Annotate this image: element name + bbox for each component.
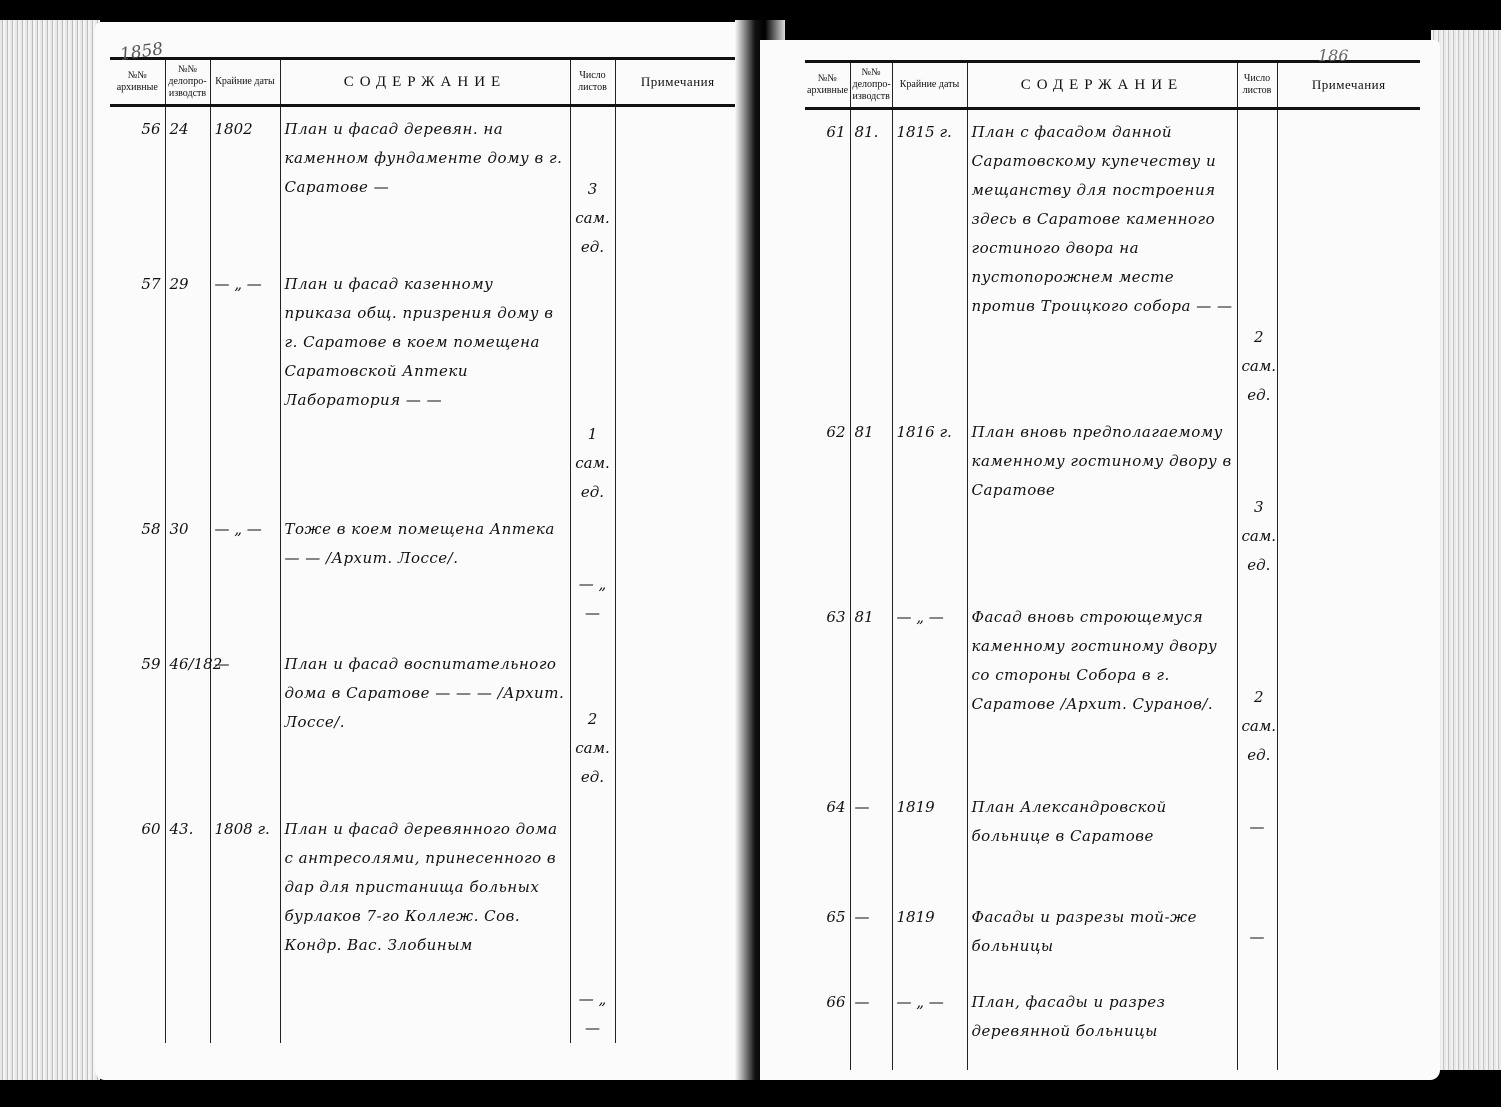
cell-date-text: 1815 г. <box>897 123 952 141</box>
cell-case-text: — <box>855 993 870 1011</box>
cell-content: План и фасад деревян. на каменном фундам… <box>280 106 570 263</box>
col-notes: Примечания <box>615 59 740 106</box>
cell-num: 58 <box>110 507 165 642</box>
cell-content: Фасад вновь строющемуся каменному гостин… <box>967 595 1237 785</box>
cell-content: План и фасад деревянного дома с антресол… <box>280 807 570 1043</box>
cell-num-text: 57 <box>141 275 160 293</box>
table-row: 56241802План и фасад деревян. на каменно… <box>110 106 740 263</box>
cell-sheets: — „ — <box>570 807 615 1043</box>
col-case-no: №№ делопро-изводств <box>850 62 892 109</box>
table-row: 5830— „ —Тоже в коем помещена Аптека — —… <box>110 507 740 642</box>
cell-case: — <box>850 895 892 980</box>
cell-sheets: 2 сам. ед. <box>570 642 615 807</box>
cell-date: 1808 г. <box>210 807 280 1043</box>
cell-case: 81. <box>850 109 892 411</box>
col-dates: Крайние даты <box>892 62 967 109</box>
cell-date-text: — „ — <box>215 275 262 293</box>
cell-date: 1815 г. <box>892 109 967 411</box>
col-dates: Крайние даты <box>210 59 280 106</box>
cell-case-text: — <box>855 908 870 926</box>
cell-notes <box>1277 980 1420 1070</box>
cell-content: План Александровской больнице в Саратове <box>967 785 1237 895</box>
cell-case-text: 29 <box>170 275 189 293</box>
cell-case-text: 24 <box>170 120 189 138</box>
table-row: 6181.1815 г.План с фасадом данной Сарато… <box>805 109 1420 411</box>
cell-date-text: 1808 г. <box>215 820 270 838</box>
cell-sheets: 3 сам. ед. <box>1237 410 1277 595</box>
cell-notes <box>615 106 740 263</box>
cell-num: 57 <box>110 262 165 507</box>
cell-num: 56 <box>110 106 165 263</box>
cell-num: 60 <box>110 807 165 1043</box>
cell-num: 59 <box>110 642 165 807</box>
cell-date-text: — „ — <box>897 608 944 626</box>
cell-num: 61 <box>805 109 850 411</box>
cell-num-text: 61 <box>826 123 845 141</box>
cell-num-text: 64 <box>826 798 845 816</box>
cell-sheets: 2 сам. ед. <box>1237 595 1277 785</box>
cell-content-text: Тоже в коем помещена Аптека — — /Архит. … <box>285 520 555 567</box>
cell-sheets-text: 3 сам. ед. <box>1242 493 1277 580</box>
cell-content-text: План, фасады и разрез деревянной больниц… <box>972 993 1166 1040</box>
cell-content: План и фасад воспитательного дома в Сара… <box>280 642 570 807</box>
cell-num-text: 65 <box>826 908 845 926</box>
cell-content: Фасады и разрезы той-же больницы <box>967 895 1237 980</box>
table-row: 66—— „ —План, фасады и разрез деревянной… <box>805 980 1420 1070</box>
col-content: СОДЕРЖАНИЕ <box>967 62 1237 109</box>
cell-date: — „ — <box>892 595 967 785</box>
cell-sheets-text: 2 сам. ед. <box>575 705 611 792</box>
cell-notes <box>1277 410 1420 595</box>
cell-num-text: 58 <box>141 520 160 538</box>
cell-sheets-text: 1 сам. ед. <box>575 420 611 507</box>
col-sheets: Число листов <box>570 59 615 106</box>
cell-notes <box>615 262 740 507</box>
table-row: 65—1819Фасады и разрезы той-же больницы— <box>805 895 1420 980</box>
header-row: №№ архивные №№ делопро-изводств Крайние … <box>805 62 1420 109</box>
cell-sheets-text: — <box>1250 923 1265 952</box>
cell-date-text: — „ — <box>897 993 944 1011</box>
cell-notes <box>615 507 740 642</box>
cell-date: — „ — <box>892 980 967 1070</box>
cell-num: 64 <box>805 785 850 895</box>
cell-case: 46/182 <box>165 642 210 807</box>
cell-sheets: 3 сам. ед. <box>570 106 615 263</box>
col-archive-no: №№ архивные <box>110 59 165 106</box>
cell-case-text: — <box>855 798 870 816</box>
cell-num: 63 <box>805 595 850 785</box>
cell-case: 29 <box>165 262 210 507</box>
cell-sheets: 2 сам. ед. <box>1237 109 1277 411</box>
cell-sheets-text: — „ — <box>575 985 611 1043</box>
cell-case-text: 43. <box>170 820 194 838</box>
header-row: №№ архивные №№ делопро-изводств Крайние … <box>110 59 740 106</box>
cell-sheets: — „ — <box>570 507 615 642</box>
cell-date-text: — „ — <box>215 520 262 538</box>
cell-content-text: План вновь предполагаемому каменному гос… <box>972 423 1232 499</box>
col-sheets: Число листов <box>1237 62 1277 109</box>
cell-case: 30 <box>165 507 210 642</box>
cell-sheets-text: 3 сам. ед. <box>575 175 611 262</box>
cell-content: План, фасады и разрез деревянной больниц… <box>967 980 1237 1070</box>
table-row: 6043.1808 г.План и фасад деревянного дом… <box>110 807 740 1043</box>
cell-content: Тоже в коем помещена Аптека — — /Архит. … <box>280 507 570 642</box>
cell-date-text: 1816 г. <box>897 423 952 441</box>
cell-sheets: — <box>1237 785 1277 895</box>
cell-notes <box>1277 595 1420 785</box>
page-number-annotation-right: 186 <box>1318 46 1349 65</box>
cell-notes <box>615 642 740 807</box>
cell-sheets-text: — <box>1250 813 1265 842</box>
cell-case-text: 81 <box>855 423 874 441</box>
cell-content-text: План и фасад деревянного дома с антресол… <box>285 820 558 954</box>
cell-content-text: План с фасадом данной Саратовскому купеч… <box>972 123 1233 315</box>
cell-content-text: План Александровской больнице в Саратове <box>972 798 1167 845</box>
cell-date: 1819 <box>892 785 967 895</box>
cell-date: 1816 г. <box>892 410 967 595</box>
table-row: 62811816 г.План вновь предполагаемому ка… <box>805 410 1420 595</box>
cell-content: План вновь предполагаемому каменному гос… <box>967 410 1237 595</box>
cell-num-text: 62 <box>826 423 845 441</box>
cell-notes <box>615 807 740 1043</box>
col-case-no: №№ делопро-изводств <box>165 59 210 106</box>
cell-notes <box>1277 895 1420 980</box>
cell-sheets: 1 сам. ед. <box>570 262 615 507</box>
table-row: 5946/182—План и фасад воспитательного до… <box>110 642 740 807</box>
cell-date-text: 1802 <box>215 120 253 138</box>
cell-num-text: 66 <box>826 993 845 1011</box>
col-content: СОДЕРЖАНИЕ <box>280 59 570 106</box>
cell-date: 1819 <box>892 895 967 980</box>
cell-num: 62 <box>805 410 850 595</box>
ledger-table-right: №№ архивные №№ делопро-изводств Крайние … <box>805 60 1420 1070</box>
table-row: 6381— „ —Фасад вновь строющемуся каменно… <box>805 595 1420 785</box>
cell-date-text: 1819 <box>897 908 935 926</box>
page-edges-left <box>0 20 100 1080</box>
cell-sheets-text: — „ — <box>575 570 611 628</box>
ledger-table-left: №№ архивные №№ делопро-изводств Крайние … <box>110 57 740 1043</box>
cell-content: План с фасадом данной Саратовскому купеч… <box>967 109 1237 411</box>
cell-sheets-text: 2 сам. ед. <box>1242 323 1277 410</box>
cell-case: 81 <box>850 595 892 785</box>
cell-notes <box>1277 785 1420 895</box>
cell-case: — <box>850 785 892 895</box>
cell-num-text: 63 <box>826 608 845 626</box>
table-row: 5729— „ —План и фасад казенному приказа … <box>110 262 740 507</box>
table-row: 64—1819План Александровской больнице в С… <box>805 785 1420 895</box>
cell-case-text: 30 <box>170 520 189 538</box>
cell-date-text: 1819 <box>897 798 935 816</box>
cell-content-text: План и фасад казенному приказа общ. приз… <box>285 275 554 409</box>
cell-date-text: — <box>215 655 230 673</box>
book-spread: №№ архивные №№ делопро-изводств Крайние … <box>0 0 1501 1107</box>
col-archive-no: №№ архивные <box>805 62 850 109</box>
cell-case-text: 81 <box>855 608 874 626</box>
cell-notes <box>1277 109 1420 411</box>
cell-num-text: 60 <box>141 820 160 838</box>
cell-date: 1802 <box>210 106 280 263</box>
cell-date: — „ — <box>210 262 280 507</box>
left-page: №№ архивные №№ делопро-изводств Крайние … <box>95 22 745 1080</box>
cell-content: План и фасад казенному приказа общ. приз… <box>280 262 570 507</box>
cell-content-text: План и фасад деревян. на каменном фундам… <box>285 120 563 196</box>
right-page: №№ архивные №№ делопро-изводств Крайние … <box>760 40 1440 1080</box>
page-edges-right <box>1431 30 1501 1070</box>
cell-num: 66 <box>805 980 850 1070</box>
cell-content-text: Фасад вновь строющемуся каменному гостин… <box>972 608 1218 713</box>
cell-sheets-text: 2 сам. ед. <box>1242 683 1277 770</box>
cell-case: 43. <box>165 807 210 1043</box>
cell-date: — <box>210 642 280 807</box>
col-notes: Примечания <box>1277 62 1420 109</box>
cell-content-text: План и фасад воспитательного дома в Сара… <box>285 655 565 731</box>
cell-case: 24 <box>165 106 210 263</box>
cell-case-text: 81. <box>855 123 879 141</box>
cell-case: — <box>850 980 892 1070</box>
cell-content-text: Фасады и разрезы той-же больницы <box>972 908 1197 955</box>
cell-sheets: — <box>1237 895 1277 980</box>
cell-case: 81 <box>850 410 892 595</box>
cell-date: — „ — <box>210 507 280 642</box>
cell-num: 65 <box>805 895 850 980</box>
cell-sheets <box>1237 980 1277 1070</box>
cell-num-text: 56 <box>141 120 160 138</box>
cell-num-text: 59 <box>141 655 160 673</box>
